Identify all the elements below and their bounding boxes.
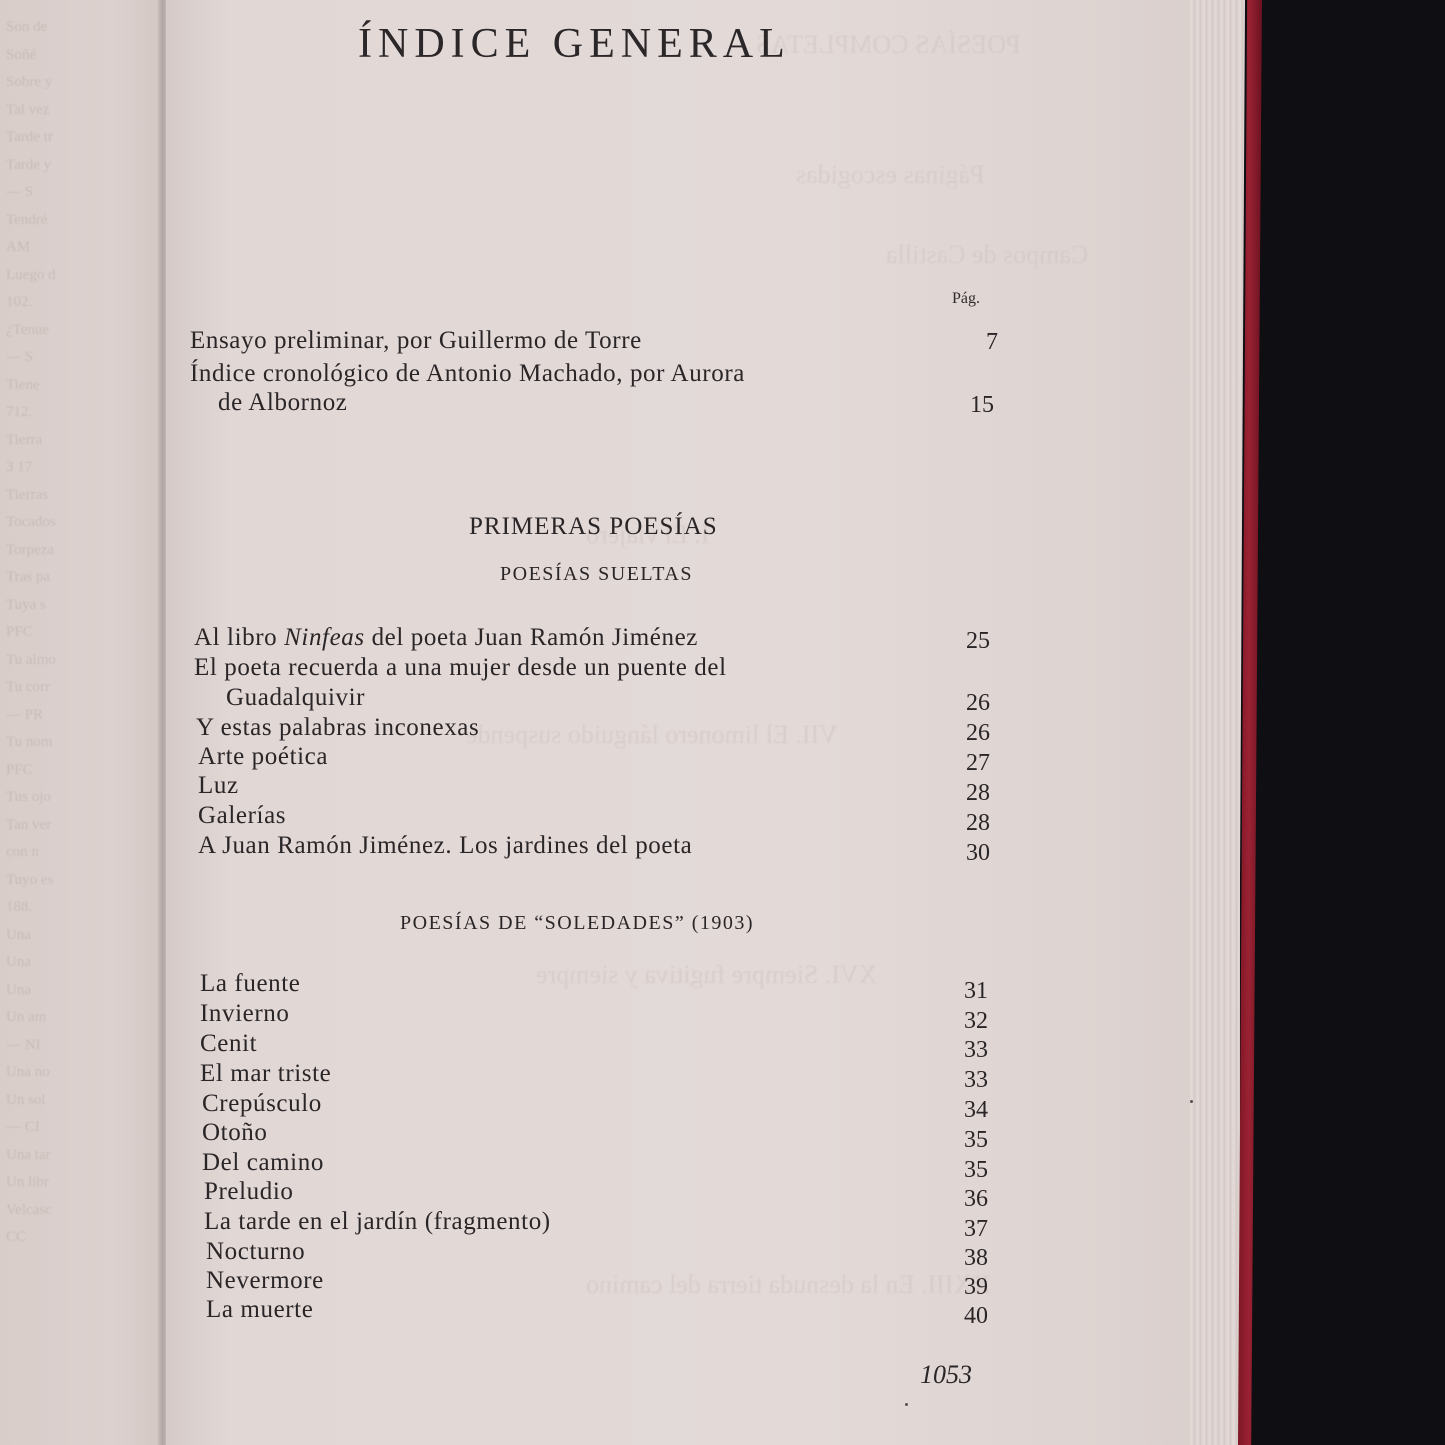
- left-page-ghost-line: Tu almo: [6, 647, 88, 675]
- toc-entry-text: del poeta Juan Ramón Jiménez: [365, 624, 698, 651]
- left-page-ghost-line: Tendré: [6, 207, 88, 235]
- toc-entry-title: Del camino: [202, 1149, 324, 1177]
- left-page-ghost-line: Tarde y: [6, 152, 88, 180]
- toc-entry-page: 30: [930, 840, 990, 867]
- toc-entry-title: Y estas palabras inconexas: [196, 714, 479, 742]
- left-page-ghost-line: Tan ver: [6, 812, 88, 840]
- toc-entry-page: 26: [930, 690, 990, 717]
- left-page-ghost-line: Tarde tr: [6, 124, 88, 152]
- left-page-ghost-line: Una: [6, 922, 88, 950]
- toc-entry-page: 32: [928, 1008, 988, 1035]
- toc-entry-page: 37: [928, 1216, 988, 1243]
- toc-entry-continuation: de Albornoz: [218, 389, 348, 417]
- toc-entry-page: 39: [928, 1274, 988, 1301]
- left-page-ghost-line: Luego d: [6, 262, 88, 290]
- left-page-ghost-line: Torpeza: [6, 537, 88, 565]
- left-page-ghost-line: — CI: [6, 1114, 88, 1142]
- toc-entry-title: La tarde en el jardín (fragmento): [204, 1208, 551, 1236]
- left-page-ghost-line: Soñé: [6, 42, 88, 70]
- left-page-ghost-line: 3 17: [6, 454, 88, 482]
- left-page-ghost-line: PFC: [6, 757, 88, 785]
- left-page-ghost-line: Un libr: [6, 1169, 88, 1197]
- toc-entry-title: Preludio: [204, 1178, 294, 1206]
- left-page-ghost-line: Una: [6, 977, 88, 1005]
- left-page-ghost-line: Sobre y: [6, 69, 88, 97]
- ink-speck: [1190, 1100, 1193, 1103]
- left-page-ghost-line: Una: [6, 949, 88, 977]
- left-page-ghost-line: Tal vez: [6, 97, 88, 125]
- bleed-through-text: Campos de Castilla: [886, 240, 1088, 270]
- left-page-ghost-line: PFC: [6, 619, 88, 647]
- toc-entry-page: 31: [928, 978, 988, 1005]
- toc-entry-page: 33: [928, 1067, 988, 1094]
- toc-entry-title: Nevermore: [206, 1267, 324, 1295]
- left-page-ghost-line: Tu nom: [6, 729, 88, 757]
- toc-entry-page: 38: [928, 1245, 988, 1272]
- left-page-ghost-line: Tus ojo: [6, 784, 88, 812]
- bleed-through-text: VII. El limonero lánguido suspende: [466, 720, 838, 750]
- subsection-title: POESÍAS SUELTAS: [500, 563, 693, 586]
- toc-entry-page: 26: [930, 720, 990, 747]
- left-page-ghost-line: AM: [6, 234, 88, 262]
- left-page-ghost-line: Tocados: [6, 509, 88, 537]
- toc-entry-page: 7: [938, 329, 998, 356]
- toc-entry-title: El mar triste: [200, 1060, 331, 1088]
- left-page-ghost-line: 712.: [6, 399, 88, 427]
- page-edges: [1190, 0, 1245, 1445]
- toc-entry-page: 34: [928, 1097, 988, 1124]
- toc-entry-page: 33: [928, 1037, 988, 1064]
- toc-entry-title: Al libro Ninfeas del poeta Juan Ramón Ji…: [194, 624, 698, 652]
- toc-entry-page: 36: [928, 1186, 988, 1213]
- toc-entry-title: La fuente: [200, 970, 300, 998]
- left-page-ghost-line: Velcasc: [6, 1197, 88, 1225]
- subsection-title: POESÍAS DE “SOLEDADES” (1903): [400, 912, 754, 935]
- left-page-ghost-line: — S: [6, 344, 88, 372]
- left-page-ghost-line: Una no: [6, 1059, 88, 1087]
- page-column-label: Pág.: [952, 290, 980, 308]
- toc-entry-page: 35: [928, 1157, 988, 1184]
- bleed-through-text: Páginas escogidas: [796, 160, 984, 190]
- left-page-ghost-line: Un am: [6, 1004, 88, 1032]
- page-number: 1053: [920, 1360, 972, 1390]
- left-page-ghost-line: Una tar: [6, 1142, 88, 1170]
- toc-entry-italic-title: Ninfeas: [284, 624, 365, 651]
- toc-entry-title: Luz: [198, 772, 239, 800]
- left-page-ghost-text: Son deSoñéSobre yTal vezTarde trTarde y—…: [6, 14, 88, 1252]
- left-page-ghost-line: Un sol: [6, 1087, 88, 1115]
- left-page-ghost-line: — S: [6, 179, 88, 207]
- toc-entry-page: 27: [930, 750, 990, 777]
- toc-entry-page: 25: [930, 628, 990, 655]
- toc-entry-title: Ensayo preliminar, por Guillermo de Torr…: [190, 327, 642, 355]
- toc-entry-page: 28: [930, 810, 990, 837]
- toc-entry-title: Crepúsculo: [202, 1090, 322, 1118]
- toc-entry-title: Galerías: [198, 802, 286, 830]
- left-page-ghost-line: Tierras: [6, 482, 88, 510]
- left-page-ghost-line: Tuya s: [6, 592, 88, 620]
- toc-entry-page: 15: [934, 392, 994, 419]
- toc-entry-title: El poeta recuerda a una mujer desde un p…: [194, 654, 727, 682]
- toc-entry-title: Invierno: [200, 1000, 290, 1028]
- toc-entry-page: 35: [928, 1127, 988, 1154]
- toc-entry-title: A Juan Ramón Jiménez. Los jardines del p…: [198, 832, 692, 860]
- left-page-fragment: Son deSoñéSobre yTal vezTarde trTarde y—…: [0, 0, 162, 1445]
- bleed-through-text: POESÍAS COMPLETAS: [756, 30, 1020, 60]
- left-page-ghost-line: — NI: [6, 1032, 88, 1060]
- left-page-ghost-line: — PR: [6, 702, 88, 730]
- left-page-ghost-line: 188.: [6, 894, 88, 922]
- page-title: ÍNDICE GENERAL: [358, 20, 791, 68]
- toc-entry-title: Cenit: [200, 1030, 257, 1058]
- section-title: PRIMERAS POESÍAS: [469, 513, 718, 541]
- left-page-ghost-line: Tu corr: [6, 674, 88, 702]
- left-page-ghost-line: Tuyo es: [6, 867, 88, 895]
- left-page-ghost-line: Tiene: [6, 372, 88, 400]
- toc-entry-title: Nocturno: [206, 1238, 305, 1266]
- bleed-through-text: XVI. Siempre fugitiva y siempre: [536, 960, 878, 990]
- toc-entry-title: Índice cronológico de Antonio Machado, p…: [190, 360, 745, 388]
- toc-entry-page: 40: [928, 1303, 988, 1330]
- left-page-ghost-line: 102.: [6, 289, 88, 317]
- left-page-ghost-line: con n: [6, 839, 88, 867]
- toc-entry-title: Arte poética: [198, 743, 328, 771]
- toc-entry-continuation: Guadalquivir: [226, 684, 365, 712]
- toc-entry-page: 28: [930, 780, 990, 807]
- toc-entry-title: La muerte: [206, 1296, 313, 1324]
- left-page-ghost-line: Tras pa: [6, 564, 88, 592]
- left-page-ghost-line: Son de: [6, 14, 88, 42]
- ink-speck: [905, 1403, 908, 1406]
- left-page-ghost-line: CC: [6, 1224, 88, 1252]
- left-page-ghost-line: Tierra: [6, 427, 88, 455]
- left-page-ghost-line: ¿Tenue: [6, 317, 88, 345]
- toc-entry-title: Otoño: [202, 1119, 268, 1147]
- toc-entry-text: Al libro: [194, 624, 284, 651]
